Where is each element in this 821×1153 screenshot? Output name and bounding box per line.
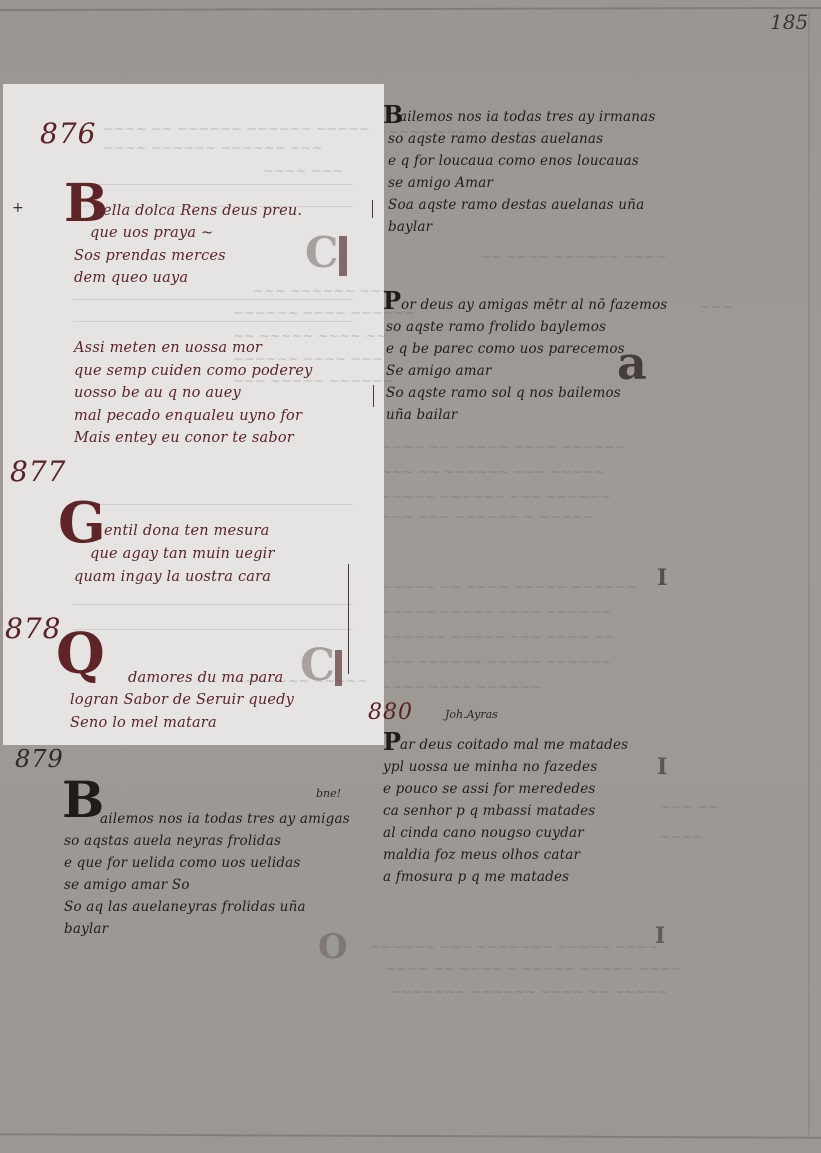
- verse-line: So aq las auelaneyras frolidas uña: [64, 896, 306, 918]
- bleed-through-text: ~~~ ~~: [660, 800, 719, 815]
- bleed-through-text: ~~~~~~ ~~~~~ ~~~~ ~~~~~~: [370, 605, 611, 620]
- faded-initial: C: [300, 644, 335, 688]
- verse-line: e pouco se assi for merededes: [383, 778, 597, 800]
- initial-P: P: [383, 289, 401, 313]
- bleed-through-text: ~~~~: [660, 830, 704, 845]
- verse-line: dem queo uaya: [74, 267, 226, 290]
- verse-line: uosso be au q no auey: [74, 382, 313, 405]
- poem-number-877: 877: [10, 455, 66, 488]
- poem-number-878: 878: [5, 612, 61, 645]
- bleed-through-text: ~~~~~~ ~~ ~~~~ ~~~~~ ~~~~~~: [370, 580, 637, 595]
- poem-879-text: ailemos nos ia todas tres ay amigas: [100, 808, 350, 830]
- bleed-through-text: ~~~~~~~ ~~~~~ ~~~ ~~~~ ~~: [370, 630, 615, 645]
- verse-line: e q be parec como uos parecemos: [386, 338, 625, 360]
- illuminated-initial-B: B: [62, 775, 104, 825]
- poem-number-880: 880: [368, 700, 413, 725]
- bleed-through-text: ~~~~ ~~~ ~~~~~~ ~ ~~~~~: [370, 510, 594, 525]
- bleed-through-text: ~~~~~~ ~~~~~~ ~~~ ~~~~~~: [370, 490, 611, 505]
- poem-880-text: ar deus coitado mal me matades: [400, 734, 628, 756]
- poem-number-879: 879: [15, 745, 64, 773]
- verse-line: al cinda cano nougso cuydar: [383, 822, 597, 844]
- margin-annotation: bne!: [316, 787, 341, 800]
- bleed-through-text: ~~~~~~ ~~~ ~~~~~~~ ~~~~~ ~~~~: [370, 940, 659, 955]
- margin-bracket: [373, 385, 374, 407]
- verse-line: a fmosura p q me matades: [383, 866, 597, 888]
- verse-line: uña bailar: [386, 404, 625, 426]
- bleed-through-text: ~~~~ ~~~: [263, 164, 343, 179]
- margin-cross-mark: +: [12, 200, 24, 216]
- bleed-through-text: ~~~~ ~~ ~~~~~~ ~~~ ~~~~~: [370, 465, 604, 480]
- verse-line: Se amigo amar: [386, 360, 625, 382]
- faded-initial: I: [655, 925, 665, 947]
- bleed-through-text: ~~~ ~~~~~~ ~~~: [253, 284, 392, 299]
- faded-initial: O: [318, 930, 348, 964]
- right-poem-1-text: ailemos nos ia todas tres ay irmanas: [399, 106, 656, 128]
- verse-line: Sos prendas merces: [74, 245, 226, 268]
- verse-line: so aqstas auela neyras frolidas: [64, 830, 306, 852]
- verse-line: ailemos nos ia todas tres ay irmanas: [399, 106, 656, 128]
- verse-line: que semp cuiden como poderey: [74, 360, 313, 383]
- right-poem-2-text: or deus ay amigas mētr al nō fazemos: [401, 294, 667, 316]
- poem-877-text-cont: que agay tan muin uegir quam ingay la uo…: [74, 543, 275, 588]
- manuscript-page: 185 ~~~ ~~~~~ ~~~~~~ ~~~~~~ ~~ ~~~~ ~~~~…: [0, 0, 821, 1153]
- bleed-through-text: ~~~~~~~ ~~~~~~ ~~~~ ~~ ~~~~~: [390, 985, 668, 1000]
- verse-line: ypl uossa ue minha no fazedes: [383, 756, 597, 778]
- verse-line: logran Sabor de Seruir quedy: [70, 689, 294, 712]
- bleed-through-text: ~~ ~~~~ ~~~~~~ ~~~~: [480, 250, 667, 265]
- verse-line: baylar: [388, 216, 644, 238]
- verse-line: baylar: [64, 918, 306, 940]
- right-poem-2-text-cont: so aqste ramo frolido baylemos e q be pa…: [386, 316, 625, 426]
- verse-line: ca senhor p q mbassi matades: [383, 800, 597, 822]
- bleed-through-mark: [339, 236, 347, 276]
- verse-line: Mais entey eu conor te sabor: [74, 427, 313, 450]
- poem-878-text-cont: logran Sabor de Seruir quedy Seno lo mel…: [70, 689, 294, 734]
- poem-878-text: damores du ma para: [128, 667, 283, 690]
- poem-876-stanza-2: Assi meten en uossa mor que semp cuiden …: [74, 337, 313, 450]
- bleed-through-text: ~~~~~ ~~~~ ~~~~~~: [370, 680, 542, 695]
- verse-line: Assi meten en uossa mor: [74, 337, 313, 360]
- verse-line: maldia foz meus olhos catar: [383, 844, 597, 866]
- verse-line: mal pecado enqualeu uyno for: [74, 405, 313, 428]
- page-edge-right: [808, 10, 810, 1135]
- bleed-through-text: ~~~~ ~~~~~~ ~~~~~~ ~~~: [103, 141, 322, 156]
- verse-line: ailemos nos ia todas tres ay amigas: [100, 808, 350, 830]
- verse-line: ella dolca Rens deus preu.: [103, 200, 302, 223]
- poem-876-stanza-1-cont: que uos praya ~ Sos prendas merces dem q…: [74, 222, 226, 290]
- verse-line: Seno lo mel matara: [70, 712, 294, 735]
- verse-line: so aqste ramo destas auelanas: [388, 128, 644, 150]
- verse-line: e q for loucaua como enos loucauas: [388, 150, 644, 172]
- poem-877-text: entil dona ten mesura: [104, 520, 269, 543]
- poem-number-876: 876: [40, 117, 96, 150]
- page-edge-top: [0, 7, 821, 11]
- page-edge-bottom: [0, 1133, 821, 1139]
- verse-line: se amigo amar So: [64, 874, 306, 896]
- verse-line: so aqste ramo frolido baylemos: [386, 316, 625, 338]
- folio-number: 185: [770, 10, 808, 34]
- verse-line: So aqste ramo sol q nos bailemos: [386, 382, 625, 404]
- bleed-through-text: ~~~~ ~~ ~~~~ ~ ~~~~~ ~~~~~ ~~~~: [385, 962, 682, 977]
- initial-P: P: [383, 730, 401, 754]
- margin-bracket: [372, 200, 373, 218]
- verse-line: ar deus coitado mal me matades: [400, 734, 628, 756]
- margin-bracket: [348, 564, 349, 674]
- poem-880-text-cont: ypl uossa ue minha no fazedes e pouco se…: [383, 756, 597, 888]
- bleed-through-text: ~~~~ ~~ ~~~~~~ ~~~~~~ ~~~~~: [103, 122, 370, 137]
- right-poem-1-text-cont: so aqste ramo destas auelanas e q for lo…: [388, 128, 644, 238]
- bleed-through-text: ~~~~ ~~~~~~ ~~~~~ ~~~~~~: [370, 655, 611, 670]
- verse-line: e que for uelida como uos uelidas: [64, 852, 306, 874]
- poem-876-stanza-1: ella dolca Rens deus preu.: [103, 200, 302, 223]
- verse-line: se amigo Amar: [388, 172, 644, 194]
- poem-879-text-cont: so aqstas auela neyras frolidas e que fo…: [64, 830, 306, 940]
- verse-line: entil dona ten mesura: [104, 520, 269, 543]
- bleed-through-text: ~~~~~ ~~ ~~~~~ ~~~~ ~~~~~~: [370, 440, 626, 455]
- faded-initial: C: [305, 232, 338, 274]
- verse-line: quam ingay la uostra cara: [74, 566, 275, 589]
- bleed-through-mark: [335, 650, 342, 686]
- bleed-through-text: ~~~: [700, 300, 733, 315]
- illuminated-initial-Q: Q: [56, 626, 105, 682]
- faded-initial: I: [657, 756, 667, 778]
- verse-line: or deus ay amigas mētr al nō fazemos: [401, 294, 667, 316]
- verse-line: que agay tan muin uegir: [74, 543, 275, 566]
- verse-line: damores du ma para: [128, 667, 283, 690]
- verse-line: que uos praya ~: [74, 222, 226, 245]
- faded-initial: I: [657, 567, 667, 589]
- author-annotation: Joh.Ayras: [445, 708, 498, 721]
- verse-line: Soa aqste ramo destas auelanas uña: [388, 194, 644, 216]
